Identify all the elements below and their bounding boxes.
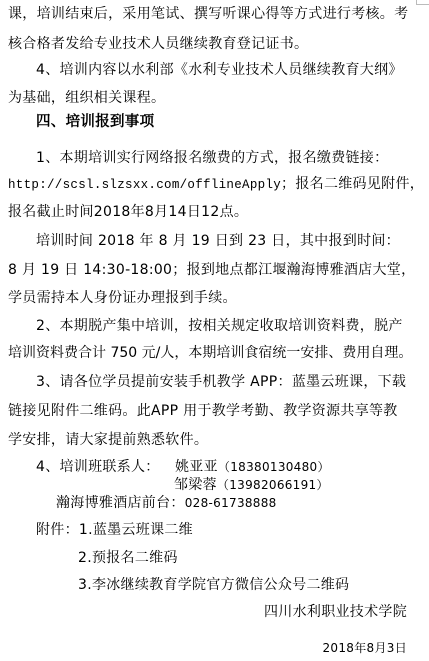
contact-phone: （18380130480） [218,460,330,474]
text-line: 3、请各位学员提前安装手机教学 APP：蓝墨云班课，下载 [36,374,406,390]
contact-name: 姚亚亚 [175,459,218,475]
text-line: 1、本期培训实行网络报名缴费的方式，报名缴费链接： [36,150,388,166]
contact-name: 邹梁蓉 [174,477,217,493]
text-line: 链接见附件二维码。此APP 用于教学考勤、教学资源共享等教 [8,403,398,419]
text-line: 课，培训结束后，采用笔试、撰写听课心得等方式进行考核。考 [8,6,408,22]
contact-label: 4、培训班联系人： [36,459,160,475]
contact-phone: （13982066191） [217,478,329,492]
hotel-label: 瀚海博雅酒店前台： [56,495,185,511]
text-line: http://scsl.slzsxx.com/offlineApply；报名二维… [8,176,424,193]
text-line: 2、本期脱产集中培训，按相关规定收取培训资料费，脱产 [36,318,403,334]
text-line: 培训资料费合计 750 元/人，本期培训食宿统一安排、费用自理。 [8,345,412,361]
text-line: 报名截止时间2018年8月14日12点。 [8,204,248,220]
page-corner-mark [416,0,429,5]
attachment-label: 附件： [36,522,79,538]
text-line: 8 月 19 日 14:30-18:00；报到地点都江堰瀚海博雅酒店大堂， [8,262,415,278]
section-heading: 四、培训报到事项 [36,114,154,130]
text-line: 4、培训内容以水利部《水利专业技术人员继续教育大纲》 [36,62,403,78]
contact-line: 邹梁蓉（13982066191） [174,477,329,493]
text-line: 为基础，组织相关课程。 [8,90,165,106]
hotel-phone: 028-61738888 [185,496,277,510]
text-line: 学员需持本人身份证办理报到手续。 [8,290,237,306]
text-line: 核合格者发给专业技术人员继续教育登记证书。 [8,36,308,52]
contact-line: 姚亚亚（18380130480） [175,459,330,475]
text-line: 培训时间 2018 年 8 月 19 日到 23 日，其中报到时间： [36,233,400,249]
signature-date: 2018年8月3日 [322,640,407,656]
attachment-item: 1.蓝墨云班课二维 [79,522,193,538]
text-line: 学安排，请大家提前熟悉软件。 [8,432,208,448]
signature-org: 四川水利职业技术学院 [264,604,407,620]
attachment-item: 2.预报名二维码 [78,550,178,566]
attachment-line: 附件：1.蓝墨云班课二维 [36,522,193,538]
hotel-line: 瀚海博雅酒店前台：028-61738888 [56,495,277,511]
attachment-item: 3.李冰继续教育学院官方微信公众号二维码 [78,577,349,593]
registration-link[interactable]: http://scsl.slzsxx.com/offlineApply [8,178,281,192]
text-fragment: ；报名二维码见附件， [281,176,424,192]
